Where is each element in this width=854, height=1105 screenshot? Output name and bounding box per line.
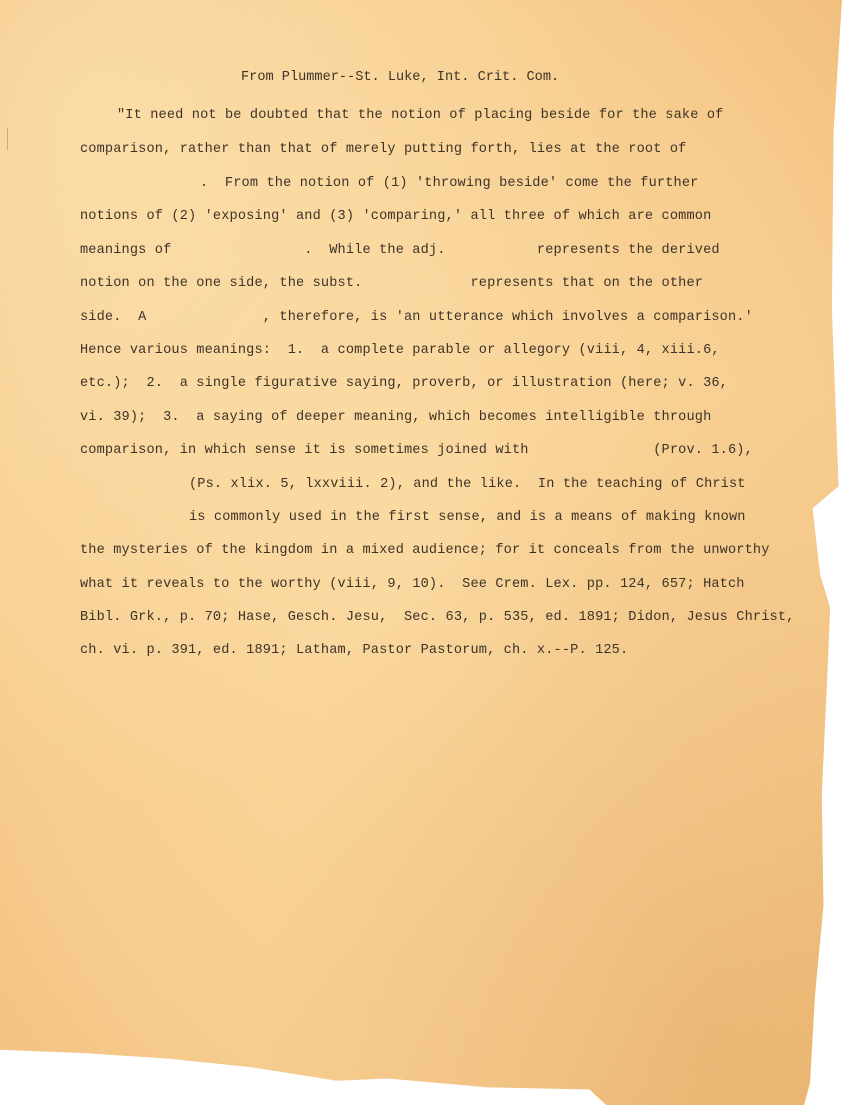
text-line: what it reveals to the worthy (viii, 9, … (80, 577, 745, 593)
document-title: From Plummer--St. Luke, Int. Crit. Com. (241, 70, 559, 85)
text-line: comparison, rather than that of merely p… (80, 142, 686, 158)
text-line: etc.); 2. a single figurative saying, pr… (80, 376, 728, 392)
text-line: the mysteries of the kingdom in a mixed … (80, 543, 770, 559)
typewritten-page: From Plummer--St. Luke, Int. Crit. Com. … (0, 0, 842, 1105)
text-line: is commonly used in the first sense, and… (189, 510, 746, 526)
text-line: ch. vi. p. 391, ed. 1891; Latham, Pastor… (80, 643, 628, 659)
text-line: notions of (2) 'exposing' and (3) 'compa… (80, 209, 711, 225)
text-line: (Ps. xlix. 5, lxxviii. 2), and the like.… (189, 477, 746, 493)
text-line: meanings of . While the adj. represents … (80, 243, 720, 259)
text-line: Bibl. Grk., p. 70; Hase, Gesch. Jesu, Se… (80, 610, 794, 626)
text-line: Hence various meanings: 1. a complete pa… (80, 343, 720, 359)
text-line: . From the notion of (1) 'throwing besid… (200, 176, 698, 192)
text-line: vi. 39); 3. a saying of deeper meaning, … (80, 410, 711, 426)
text-line: comparison, in which sense it is sometim… (80, 443, 753, 459)
bottom-right-crease (823, 990, 824, 1030)
text-line: notion on the one side, the subst. repre… (80, 276, 703, 292)
left-edge-mark (7, 128, 8, 150)
text-line: side. A , therefore, is 'an utterance wh… (80, 310, 753, 326)
text-line: "It need not be doubted that the notion … (117, 108, 723, 124)
